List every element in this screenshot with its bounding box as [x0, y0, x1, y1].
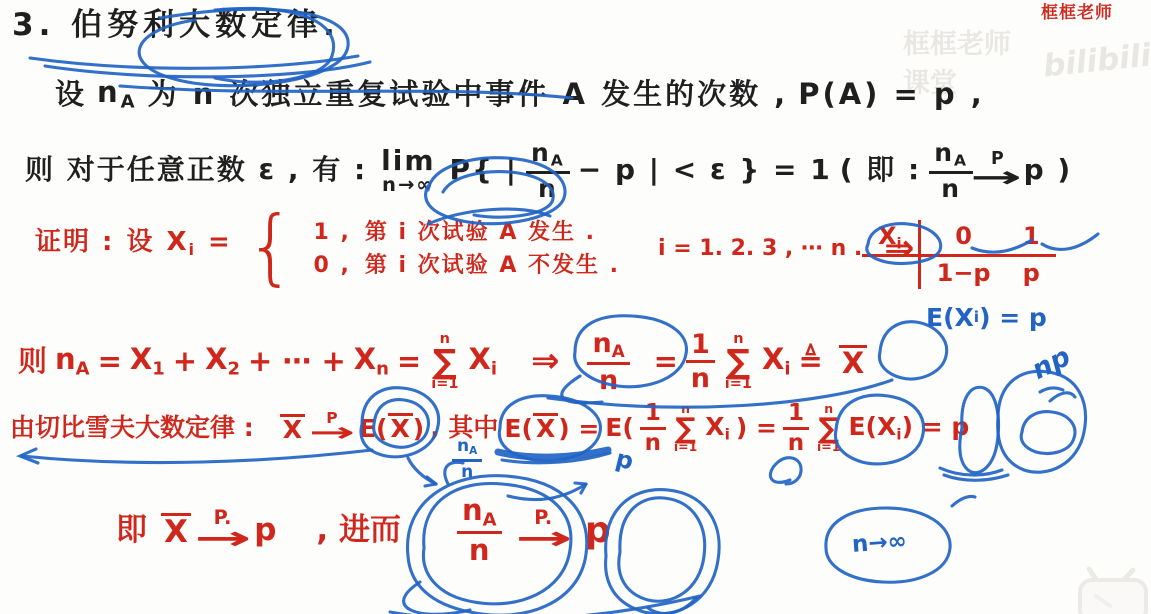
site-watermark-brand: bilibili	[1041, 37, 1151, 84]
xn-term: Xn	[354, 343, 389, 380]
sigma-sum: n ∑ i=1	[431, 332, 458, 391]
e-open-paren: E(	[605, 414, 634, 443]
index-values: i = 1. 2. 3 , ⋯ n .	[658, 236, 862, 261]
xi-term-3: Xi	[705, 413, 730, 444]
conclusion-line: 即 X P. → p , 进而 nA n P. → p	[116, 496, 611, 565]
expectation-note: E(Xi) = p	[926, 304, 1047, 333]
teacher-watermark-text: 框框老师	[1041, 4, 1113, 24]
teacher-watermark: 框框老师	[1041, 4, 1113, 24]
case-A-not-occurs: 0 ,第 i 次试验 A 不发生 .	[313, 253, 620, 278]
frac-nA-over-n-4: nA n	[457, 496, 502, 565]
blue-np-annotation: np	[1027, 341, 1075, 386]
close-paren-eq: ) =	[736, 414, 777, 443]
sum-eq2: =	[397, 345, 421, 378]
dist-table-head: Xi	[862, 220, 921, 257]
dist-prob-0: 1−p	[921, 257, 1007, 289]
title-line: 3. 伯努利大数定律.	[12, 8, 340, 44]
probability-of-A: P(A) = p ,	[798, 78, 985, 111]
xi-term: Xi	[468, 343, 497, 380]
frac-1-over-n-2: 1 n	[640, 402, 666, 455]
converges-in-probability-arrow: P →	[985, 153, 1012, 188]
converges-arrow-2: P →	[321, 413, 343, 444]
plus-sign: +	[173, 345, 197, 378]
title-text: 3. 伯努利大数定律.	[12, 8, 340, 44]
x1-term: X1	[130, 343, 165, 380]
sigma-sum-4: n ∑ i=1	[817, 403, 840, 454]
frac-nA-over-n: nA n	[526, 140, 570, 201]
n-to-infinity-note: n→∞	[851, 528, 907, 558]
frac-nA-over-n-3: nA n	[587, 330, 629, 394]
bottom-p-double-circle-scribble	[606, 490, 720, 614]
mid-blue-arrows	[508, 458, 801, 500]
x2-term: X2	[205, 343, 240, 380]
proof-equals: =	[208, 214, 232, 258]
defined-equal-sign: ≜	[799, 345, 823, 378]
cases-brace: {	[246, 212, 298, 282]
remark-close: p )	[1024, 154, 1073, 186]
limit-operator: lim n→∞	[381, 147, 435, 195]
definition-line: 设 nA 为 n 次独立重复试验中事件 A 发生的次数 , P(A) = p ,	[55, 76, 985, 113]
n-A-symbol: nA	[97, 76, 138, 113]
x-bar-symbol: X	[839, 345, 867, 378]
e-x-bar: E(X)	[359, 413, 424, 444]
x-bar-symbol-2: X	[280, 414, 305, 443]
distribution-table: Xi 0 1 1−p p	[862, 220, 1056, 289]
converges-arrow-3: P. →	[209, 511, 236, 550]
dist-table-blank	[862, 257, 921, 289]
sigma-sum-2: n ∑ i=1	[725, 332, 752, 391]
limit-p-2: p	[585, 510, 611, 551]
chebyshev-line: 由切比雪夫大数定律 : X P → E(X) , 其中 E(X) = E( 1 …	[10, 402, 969, 455]
dist-prob-1: p	[1007, 257, 1056, 289]
tv-icon	[1072, 566, 1151, 614]
cases-list: 1 ,第 i 次试验 A 发生 . 0 ,第 i 次试验 A 不发生 .	[313, 214, 620, 279]
n-A-symbol-2: nA	[55, 343, 90, 380]
limit-p-1: p	[254, 513, 276, 549]
converges-arrow-4: P. →	[530, 511, 557, 550]
proof-lead: 设	[126, 214, 154, 258]
definition-lead: 设	[55, 78, 87, 111]
statement-line: 则 对于任意正数 ε , 有 : lim n→∞ P{ | nA n − p |…	[25, 140, 1072, 201]
statement-lead: 则 对于任意正数 ε , 有 :	[25, 154, 367, 186]
frac-1-over-n-3: 1 n	[783, 402, 809, 455]
case-A-occurs: 1 ,第 i 次试验 A 发生 .	[313, 220, 620, 245]
probability-close: − p | < ε } = 1	[578, 154, 832, 186]
probability-open: P{ |	[450, 154, 518, 186]
xi-term-2: Xi	[762, 343, 791, 380]
furthermore-text: , 进而	[316, 513, 401, 549]
frac-nA-over-n-2: nA n	[929, 140, 973, 201]
dist-value-0: 0	[921, 220, 1007, 257]
frac-1-over-n: 1 n	[686, 331, 715, 392]
chebyshev-lead: 由切比雪夫大数定律 :	[10, 414, 254, 443]
remark-open: ( 即 :	[840, 154, 922, 186]
x-bar-symbol-3: X	[161, 513, 191, 549]
e-x-bar-2: E(X) =	[504, 413, 599, 444]
sum-eq3: =	[654, 345, 678, 378]
implies-arrow-2: ⇒	[531, 342, 560, 381]
ellipsis-terms: + ⋯ +	[248, 345, 346, 378]
sigma-sum-3: n ∑ i=1	[674, 403, 697, 454]
e-xi-equals-p: E(Xi) = p	[848, 413, 969, 444]
proof-label: 证明 :	[35, 214, 114, 258]
indicator-variable: Xi	[166, 214, 196, 259]
lecture-notes-board: 框框老师课堂 bilibili 框框老师 3. 伯努利大数定律. 设 nA 为 …	[0, 0, 1151, 614]
sum-lead: 则	[18, 345, 47, 378]
sum-line: 则 nA = X1 + X2 + ⋯ + Xn = n ∑ i=1 Xi ⇒ n…	[18, 330, 867, 394]
definition-mid: 为 n 次独立重复试验中事件 A 发生的次数 ,	[148, 78, 789, 111]
conclusion-lead: 即	[116, 513, 147, 549]
sum-eq1: =	[98, 345, 122, 378]
blue-frac-nA-n-annotation: nAn	[452, 438, 482, 481]
proof-line: 证明 : 设 Xi = { 1 ,第 i 次试验 A 发生 . 0 ,第 i 次…	[35, 214, 620, 280]
dist-value-1: 1	[1007, 220, 1056, 257]
